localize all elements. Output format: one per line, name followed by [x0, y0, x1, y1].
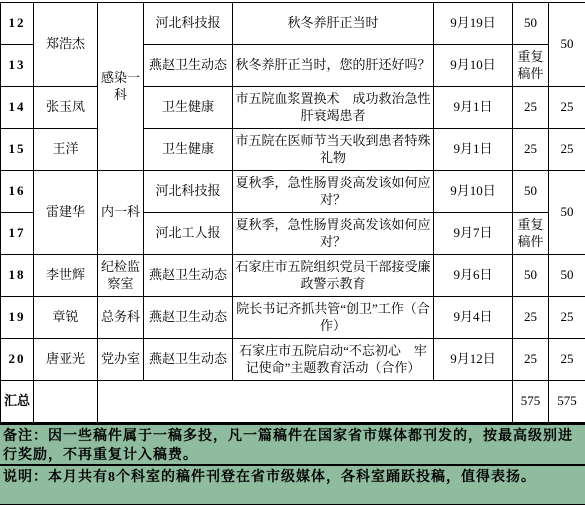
remark-note: 备注：因一些稿件属于一稿多投，凡一篇稿件在国家省市媒体都刊发的，按最高级别进行奖…	[0, 425, 585, 466]
author-name: 雷建华	[34, 171, 98, 255]
row-number: 20	[1, 339, 34, 381]
award: 25	[549, 297, 585, 339]
fee: 25	[513, 339, 549, 381]
award: 50	[549, 171, 585, 255]
publish-date: 9月1日	[434, 87, 513, 129]
author-name: 王洋	[34, 129, 98, 171]
article-title: 石家庄市五院启动“不忘初心 牢记使命”主题教育活动（合作）	[233, 339, 434, 381]
award: 25	[549, 129, 585, 171]
table-row-15: 15 王洋 卫生健康 市五院在医师节当天收到患者特殊礼物 9月1日 25 25	[1, 129, 585, 171]
table-row-19: 19 章锐 总务科 燕赵卫生动态 院长书记齐抓共管“创卫”工作（合作） 9月4日…	[1, 297, 585, 339]
award: 50	[549, 255, 585, 297]
fee: 25	[513, 297, 549, 339]
author-name: 张玉凤	[34, 87, 98, 129]
row-number: 19	[1, 297, 34, 339]
publication: 河北科技报	[144, 171, 233, 213]
summary-label: 汇总	[1, 381, 34, 423]
award: 25	[549, 87, 585, 129]
article-title: 市五院血浆置换术 成功救治急性肝衰竭患者	[233, 87, 434, 129]
publication: 卫生健康	[144, 129, 233, 171]
article-title: 秋冬养肝正当时	[233, 3, 434, 45]
publish-date: 9月1日	[434, 129, 513, 171]
fee: 25	[513, 87, 549, 129]
award: 50	[549, 3, 585, 87]
fee: 50	[513, 3, 549, 45]
author-name: 章锐	[34, 297, 98, 339]
article-title: 夏秋季，急性肠胃炎高发该如何应对？	[233, 213, 434, 255]
department: 党办室	[98, 339, 144, 381]
department: 感染一科	[98, 3, 144, 171]
author-name: 李世辉	[34, 255, 98, 297]
article-title: 秋冬养肝正当时，您的肝还好吗？	[233, 45, 434, 87]
manuscript-fee-table: 12 郑浩杰 感染一科 河北科技报 秋冬养肝正当时 9月19日 50 50 13…	[0, 2, 585, 424]
publication: 河北工人报	[144, 213, 233, 255]
table-row-12: 12 郑浩杰 感染一科 河北科技报 秋冬养肝正当时 9月19日 50 50	[1, 3, 585, 45]
department: 内一科	[98, 171, 144, 255]
article-title: 夏秋季，急性肠胃炎高发该如何应对？	[233, 171, 434, 213]
row-number: 15	[1, 129, 34, 171]
publication: 燕赵卫生动态	[144, 255, 233, 297]
row-number: 13	[1, 45, 34, 87]
notes-section: 备注：因一些稿件属于一稿多投，凡一篇稿件在国家省市媒体都刊发的，按最高级别进行奖…	[0, 424, 585, 505]
publication: 河北科技报	[144, 3, 233, 45]
summary-award-total: 575	[549, 381, 585, 423]
fee: 重复稿件	[513, 45, 549, 87]
publish-date: 9月19日	[434, 3, 513, 45]
article-title: 院长书记齐抓共管“创卫”工作（合作）	[233, 297, 434, 339]
table-row-18: 18 李世辉 纪检监察室 燕赵卫生动态 石家庄市五院组织党员干部接受廉政警示教育…	[1, 255, 585, 297]
publication: 卫生健康	[144, 87, 233, 129]
publication: 燕赵卫生动态	[144, 339, 233, 381]
table-row-20: 20 唐亚光 党办室 燕赵卫生动态 石家庄市五院启动“不忘初心 牢记使命”主题教…	[1, 339, 585, 381]
summary-fee-total: 575	[513, 381, 549, 423]
summary-empty-name	[34, 381, 98, 423]
author-name: 郑浩杰	[34, 3, 98, 87]
table-row-14: 14 张玉凤 卫生健康 市五院血浆置换术 成功救治急性肝衰竭患者 9月1日 25…	[1, 87, 585, 129]
publish-date: 9月4日	[434, 297, 513, 339]
publish-date: 9月12日	[434, 339, 513, 381]
publish-date: 9月10日	[434, 45, 513, 87]
author-name: 唐亚光	[34, 339, 98, 381]
department: 纪检监察室	[98, 255, 144, 297]
explanation-note: 说明：本月共有8个科室的稿件刊登在省市级媒体，各科室踊跃投稿，值得表扬。	[0, 466, 585, 505]
article-title: 石家庄市五院组织党员干部接受廉政警示教育	[233, 255, 434, 297]
row-number: 18	[1, 255, 34, 297]
manuscript-fee-report: 12 郑浩杰 感染一科 河北科技报 秋冬养肝正当时 9月19日 50 50 13…	[0, 2, 585, 505]
row-number: 12	[1, 3, 34, 45]
article-title: 市五院在医师节当天收到患者特殊礼物	[233, 129, 434, 171]
summary-empty-span	[98, 381, 513, 423]
publish-date: 9月6日	[434, 255, 513, 297]
fee: 50	[513, 171, 549, 213]
row-number: 16	[1, 171, 34, 213]
publish-date: 9月7日	[434, 213, 513, 255]
fee: 25	[513, 129, 549, 171]
publish-date: 9月10日	[434, 171, 513, 213]
award: 25	[549, 339, 585, 381]
summary-row: 汇总 575 575	[1, 381, 585, 423]
publication: 燕赵卫生动态	[144, 45, 233, 87]
department: 总务科	[98, 297, 144, 339]
table-row-16: 16 雷建华 内一科 河北科技报 夏秋季，急性肠胃炎高发该如何应对？ 9月10日…	[1, 171, 585, 213]
fee: 重复稿件	[513, 213, 549, 255]
row-number: 14	[1, 87, 34, 129]
publication: 燕赵卫生动态	[144, 297, 233, 339]
fee: 50	[513, 255, 549, 297]
row-number: 17	[1, 213, 34, 255]
